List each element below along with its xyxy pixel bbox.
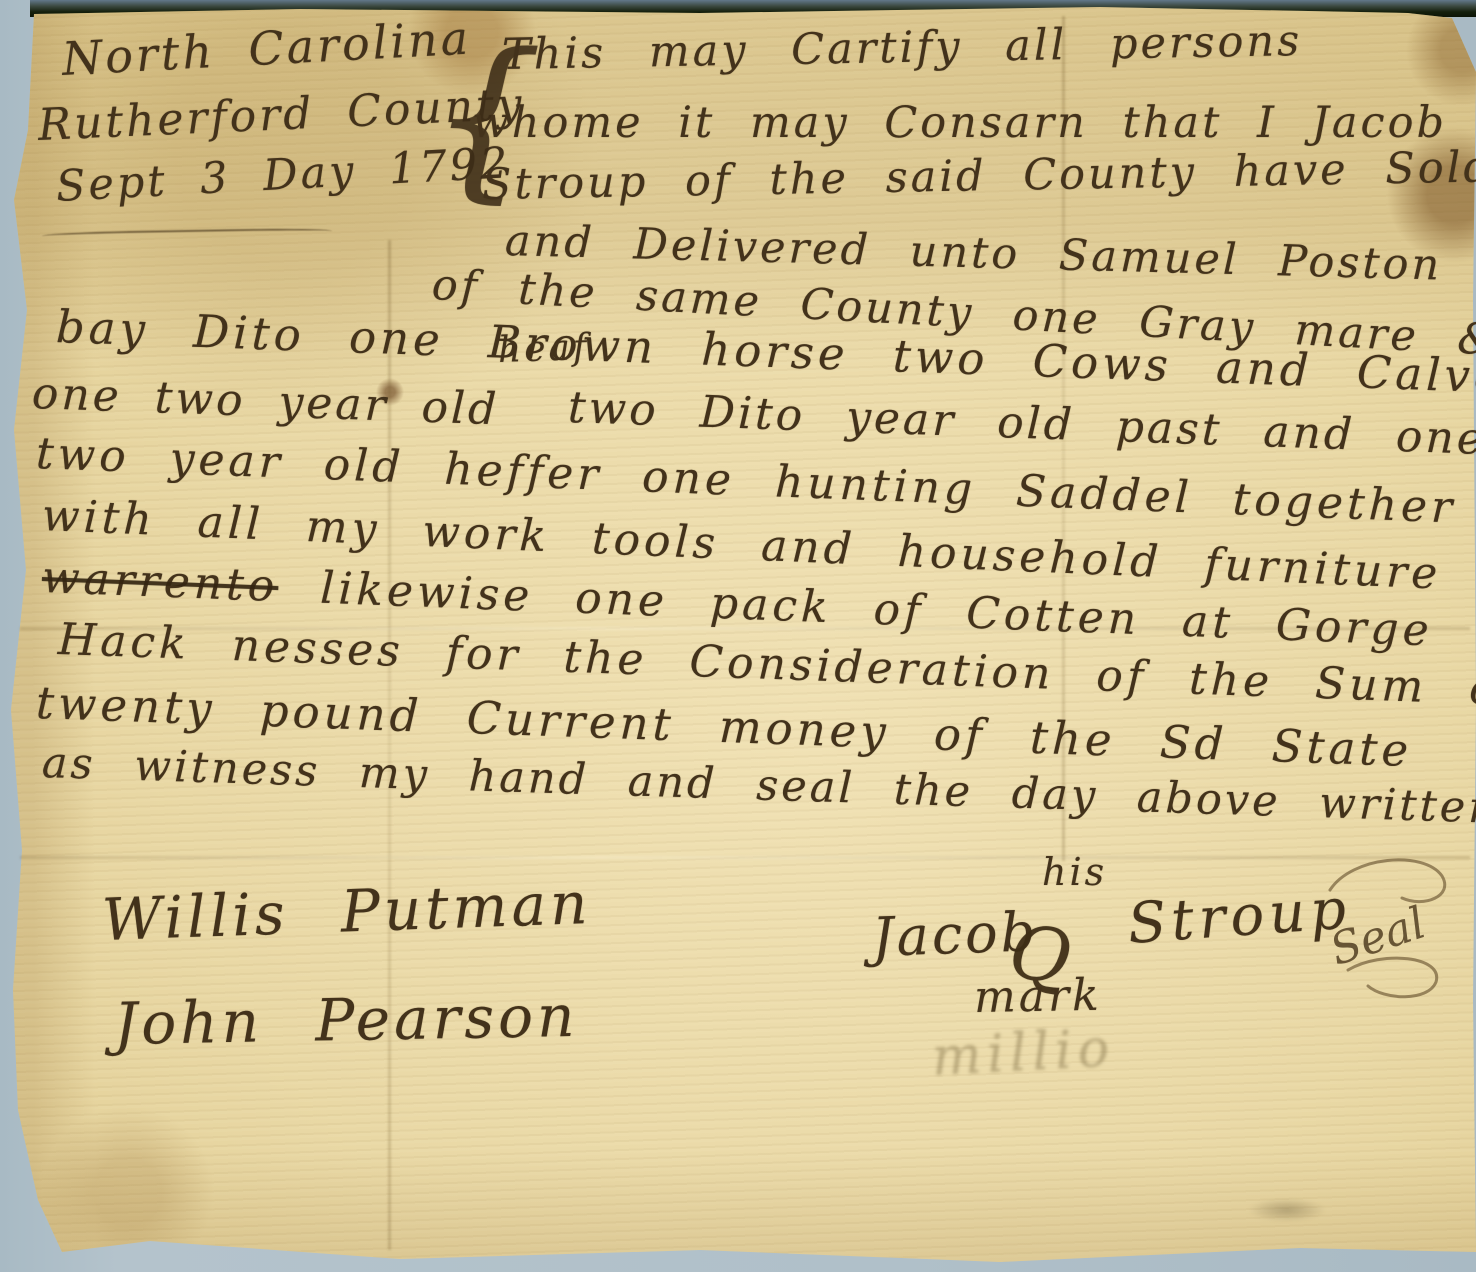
seal-text: Seal (1324, 897, 1432, 975)
faint-smudge (1248, 1198, 1326, 1222)
seal-swirl-bottom (1348, 958, 1437, 997)
signer-his-label: his (1042, 850, 1107, 894)
ghost-bleedthrough-text: millio (930, 1018, 1116, 1088)
signer-mark-label: mark (974, 970, 1103, 1023)
struck-word-warrento: warrento (41, 552, 279, 612)
seal-swirl-top (1330, 860, 1445, 902)
witness-signature-john-pearson: John Pearson (113, 982, 579, 1058)
scanned-document-canvas: North Carolina Rutherford County Sept 3 … (0, 0, 1476, 1272)
body-line-7-inserted-word: heaf (497, 327, 590, 371)
body-line-2: whome it may Consarn that I Jacob (472, 98, 1447, 148)
seal-flourish: Seal (1302, 848, 1472, 1013)
